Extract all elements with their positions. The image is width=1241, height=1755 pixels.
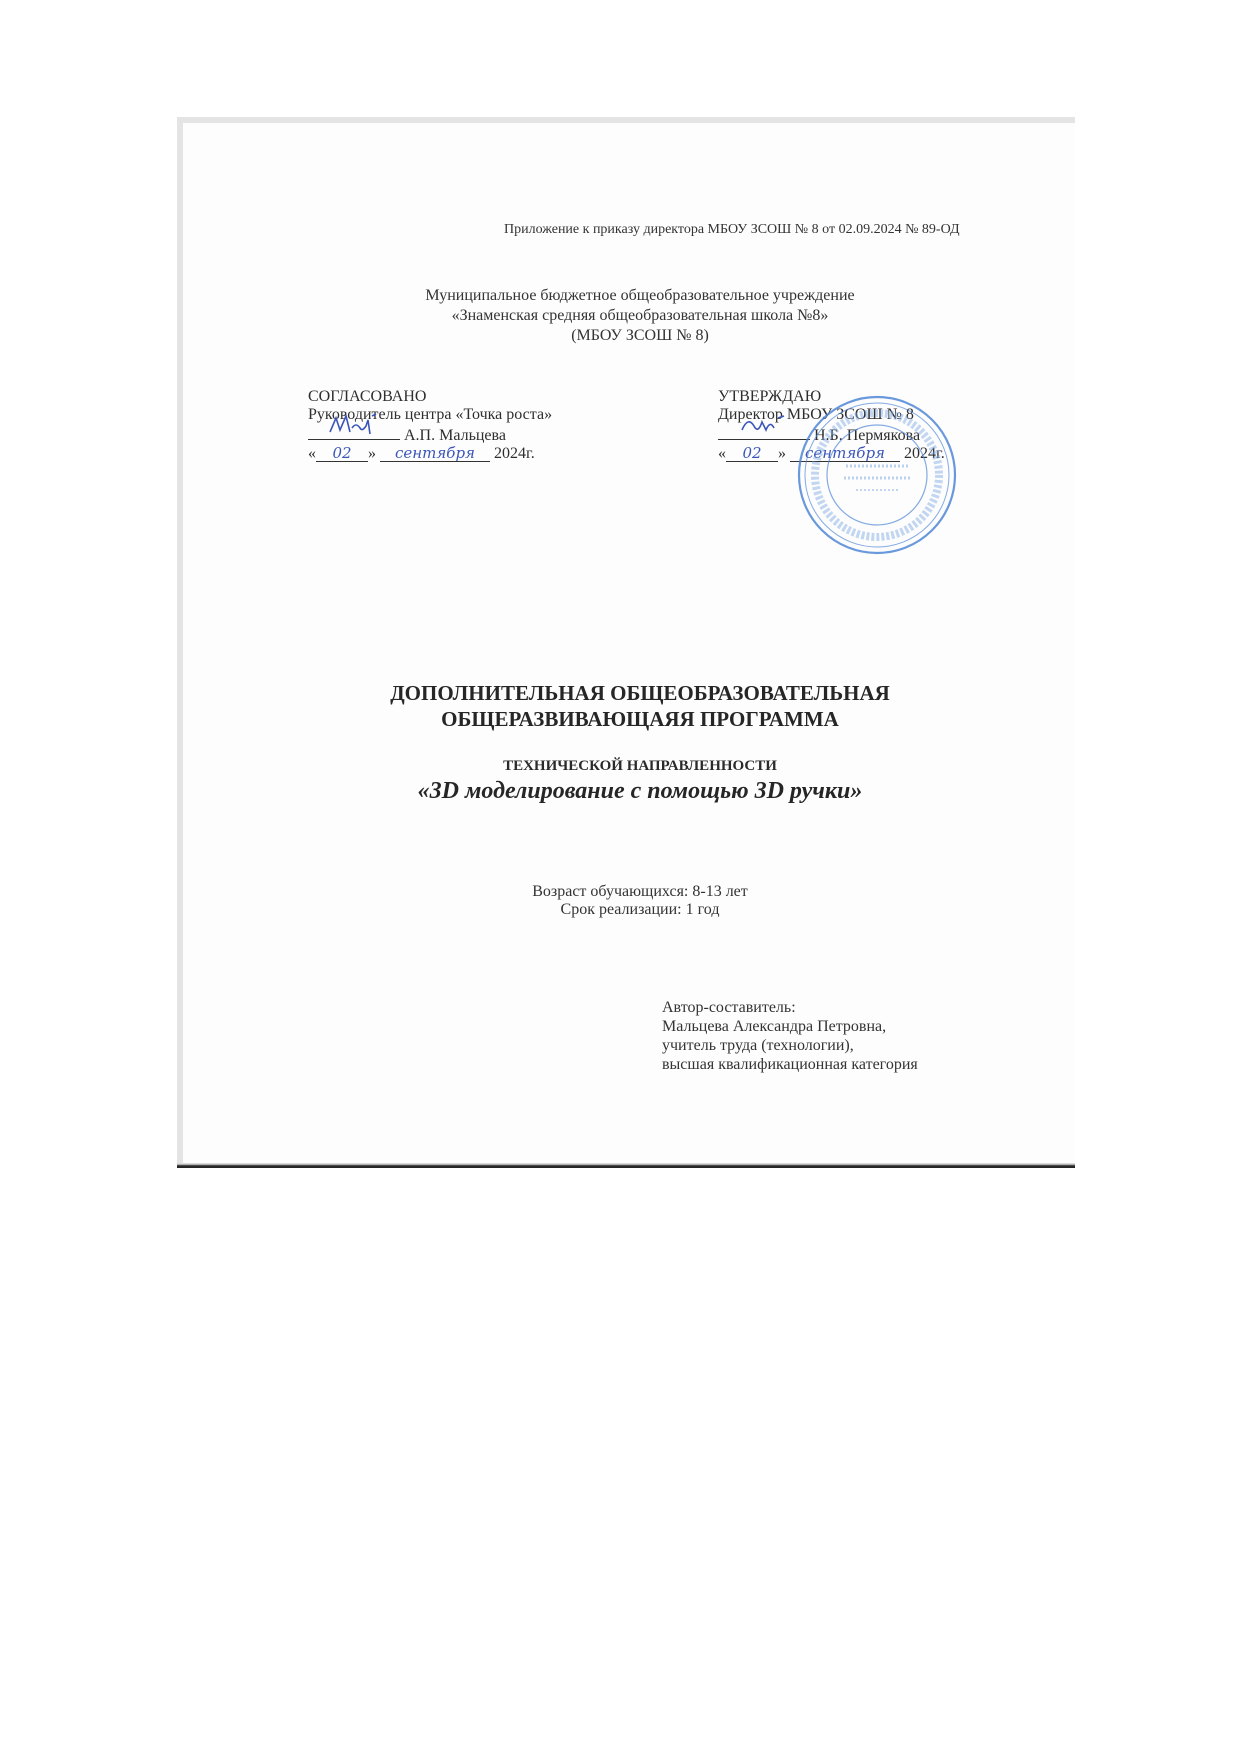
organization-line-1: Муниципальное бюджетное общеобразователь… <box>360 286 920 306</box>
author-label: Автор-составитель: <box>662 998 918 1017</box>
handwritten-signature <box>308 424 400 440</box>
author-position: учитель труда (технологии), <box>662 1036 918 1055</box>
appendix-note: Приложение к приказу директора МБОУ ЗСОШ… <box>0 222 1241 238</box>
official-stamp-icon <box>796 394 958 556</box>
program-name: «3D моделирование с помощью 3D ручки» <box>300 778 980 805</box>
scanned-page <box>177 117 1075 1164</box>
organization-line-2: «Знаменская средняя общеобразовательная … <box>360 306 920 326</box>
document-title-line-2: ОБЩЕРАЗВИВАЮЩАЯЯ ПРОГРАММА <box>300 706 980 732</box>
student-age: Возраст обучающихся: 8-13 лет <box>440 883 840 901</box>
agreed-month: сентября <box>380 446 490 462</box>
agreed-block: СОГЛАСОВАНО Руководитель центра «Точка р… <box>308 388 552 463</box>
document-title: ДОПОЛНИТЕЛЬНАЯ ОБЩЕОБРАЗОВАТЕЛЬНАЯ ОБЩЕР… <box>300 680 980 732</box>
agreed-heading: СОГЛАСОВАНО <box>308 388 552 406</box>
author-block: Автор-составитель: Мальцева Александра П… <box>662 998 918 1074</box>
approved-day: 02 <box>726 446 778 462</box>
organization-line-3: (МБОУ ЗСОШ № 8) <box>360 326 920 346</box>
signature-icon <box>328 412 388 438</box>
signature-icon <box>738 412 798 438</box>
organization-header: Муниципальное бюджетное общеобразователь… <box>360 286 920 346</box>
scan-bottom-edge <box>177 1163 1075 1168</box>
agreed-day: 02 <box>316 446 368 462</box>
agreed-date: «02» сентября 2024г. <box>308 445 552 463</box>
author-name: Мальцева Александра Петровна, <box>662 1017 918 1036</box>
agreed-signature-line: А.П. Мальцева <box>308 424 552 445</box>
agreed-year: 2024г. <box>494 445 535 462</box>
author-category: высшая квалификационная категория <box>662 1055 918 1074</box>
agreed-name: А.П. Мальцева <box>404 427 506 444</box>
document-title-line-1: ДОПОЛНИТЕЛЬНАЯ ОБЩЕОБРАЗОВАТЕЛЬНАЯ <box>300 680 980 706</box>
program-meta: Возраст обучающихся: 8-13 лет Срок реали… <box>440 883 840 919</box>
program-direction: ТЕХНИЧЕСКОЙ НАПРАВЛЕННОСТИ <box>300 758 980 775</box>
implementation-period: Срок реализации: 1 год <box>440 901 840 919</box>
